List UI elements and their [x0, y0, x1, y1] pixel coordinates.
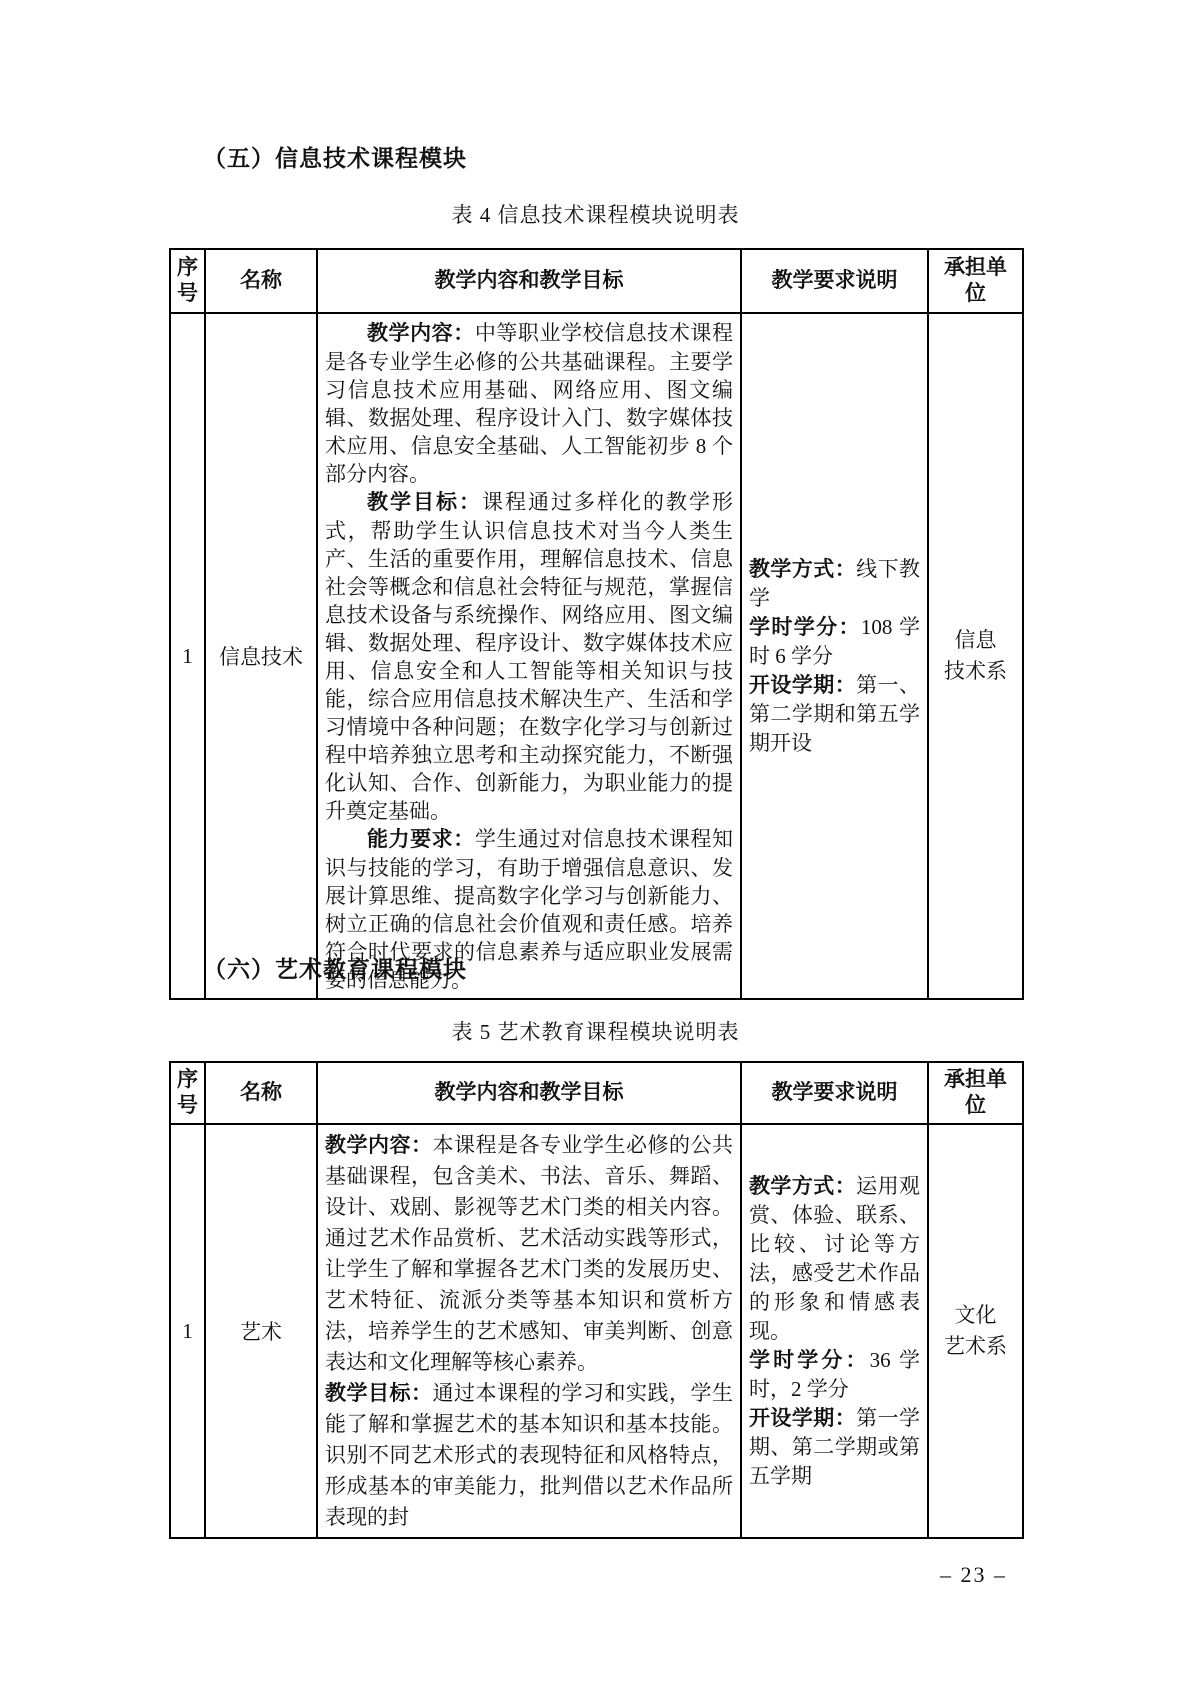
paragraph-label: 教学内容： — [325, 1134, 433, 1157]
page-number: – 23 – — [169, 1562, 1007, 1588]
paragraph-teaching-goal: 教学目标：通过本课程的学习和实践，学生能了解和掌握艺术的基本知识和基本技能。识别… — [325, 1378, 733, 1533]
requirement-text: 运用观赏、体验、联系、比较、讨论等方法，感受艺术作品的形象和情感表现。 — [749, 1174, 920, 1343]
cell-course-name: 信息技术 — [205, 313, 317, 999]
table-header-row: 序号 名称 教学内容和教学目标 教学要求说明 承担单位 — [170, 249, 1023, 313]
table-caption-table5: 表 5 艺术教育课程模块说明表 — [169, 1016, 1022, 1046]
requirement-semesters: 开设学期：第一学期、第二学期或第五学期 — [749, 1404, 920, 1491]
column-header-requirements: 教学要求说明 — [741, 249, 928, 313]
cell-teaching-requirements: 教学方式：运用观赏、体验、联系、比较、讨论等方法，感受艺术作品的形象和情感表现。… — [741, 1124, 928, 1538]
table-row: 1 信息技术 教学内容：中等职业学校信息技术课程是各专业学生必修的公共基础课程。… — [170, 313, 1023, 999]
column-header-content: 教学内容和教学目标 — [317, 249, 741, 313]
requirement-teaching-method: 教学方式：线下教学 — [749, 555, 920, 613]
cell-row-number: 1 — [170, 313, 205, 999]
paragraph-teaching-content: 教学内容：中等职业学校信息技术课程是各专业学生必修的公共基础课程。主要学习信息技… — [325, 319, 733, 488]
document-page: （五）信息技术课程模块 表 4 信息技术课程模块说明表 序号 名称 教学内容和教… — [0, 0, 1191, 1684]
requirement-label: 学时学分： — [749, 1349, 870, 1372]
paragraph-label: 教学目标： — [367, 491, 482, 514]
requirement-label: 学时学分： — [749, 616, 861, 639]
column-header-requirements: 教学要求说明 — [741, 1062, 928, 1124]
column-header-name: 名称 — [205, 249, 317, 313]
column-header-no: 序号 — [170, 1062, 205, 1124]
column-header-no: 序号 — [170, 249, 205, 313]
column-header-name: 名称 — [205, 1062, 317, 1124]
cell-teaching-requirements: 教学方式：线下教学 学时学分：108 学时 6 学分 开设学期：第一、第二学期和… — [741, 313, 928, 999]
table-caption-table4: 表 4 信息技术课程模块说明表 — [169, 199, 1022, 229]
cell-teaching-content: 教学内容：中等职业学校信息技术课程是各专业学生必修的公共基础课程。主要学习信息技… — [317, 313, 741, 999]
table-art-education: 序号 名称 教学内容和教学目标 教学要求说明 承担单位 1 艺术 教学内容：本课… — [169, 1061, 1024, 1539]
section-heading-art-education: （六）艺术教育课程模块 — [203, 951, 467, 984]
cell-responsible-unit: 信息 技术系 — [928, 313, 1023, 999]
column-header-content: 教学内容和教学目标 — [317, 1062, 741, 1124]
section-heading-information-technology: （五）信息技术课程模块 — [203, 140, 467, 173]
cell-row-number: 1 — [170, 1124, 205, 1538]
paragraph-text: 课程通过多样化的教学形式，帮助学生认识信息技术对当今人类生产、生活的重要作用，理… — [325, 490, 733, 823]
paragraph-label: 教学目标： — [325, 1382, 433, 1405]
paragraph-text: 本课程是各专业学生必修的公共基础课程，包含美术、书法、音乐、舞蹈、设计、戏剧、影… — [325, 1133, 733, 1374]
paragraph-label: 教学内容： — [367, 322, 475, 345]
cell-course-name: 艺术 — [205, 1124, 317, 1538]
column-header-unit: 承担单位 — [928, 249, 1023, 313]
requirement-hours-credits: 学时学分：36 学时，2 学分 — [749, 1346, 920, 1404]
column-header-unit: 承担单位 — [928, 1062, 1023, 1124]
requirement-label: 开设学期： — [749, 674, 856, 697]
table-information-technology: 序号 名称 教学内容和教学目标 教学要求说明 承担单位 1 信息技术 教学内容：… — [169, 248, 1024, 1000]
requirement-label: 教学方式： — [749, 558, 856, 581]
table-row: 1 艺术 教学内容：本课程是各专业学生必修的公共基础课程，包含美术、书法、音乐、… — [170, 1124, 1023, 1538]
requirement-label: 教学方式： — [749, 1175, 856, 1198]
cell-teaching-content: 教学内容：本课程是各专业学生必修的公共基础课程，包含美术、书法、音乐、舞蹈、设计… — [317, 1124, 741, 1538]
paragraph-teaching-goal: 教学目标：课程通过多样化的教学形式，帮助学生认识信息技术对当今人类生产、生活的重… — [325, 488, 733, 825]
table-header-row: 序号 名称 教学内容和教学目标 教学要求说明 承担单位 — [170, 1062, 1023, 1124]
paragraph-label: 能力要求： — [367, 828, 475, 851]
paragraph-text: 中等职业学校信息技术课程是各专业学生必修的公共基础课程。主要学习信息技术应用基础… — [325, 321, 733, 486]
requirement-label: 开设学期： — [749, 1407, 856, 1430]
requirement-teaching-method: 教学方式：运用观赏、体验、联系、比较、讨论等方法，感受艺术作品的形象和情感表现。 — [749, 1172, 920, 1346]
requirement-semesters: 开设学期：第一、第二学期和第五学期开设 — [749, 671, 920, 758]
requirement-hours-credits: 学时学分：108 学时 6 学分 — [749, 613, 920, 671]
cell-responsible-unit: 文化 艺术系 — [928, 1124, 1023, 1538]
paragraph-teaching-content: 教学内容：本课程是各专业学生必修的公共基础课程，包含美术、书法、音乐、舞蹈、设计… — [325, 1130, 733, 1378]
